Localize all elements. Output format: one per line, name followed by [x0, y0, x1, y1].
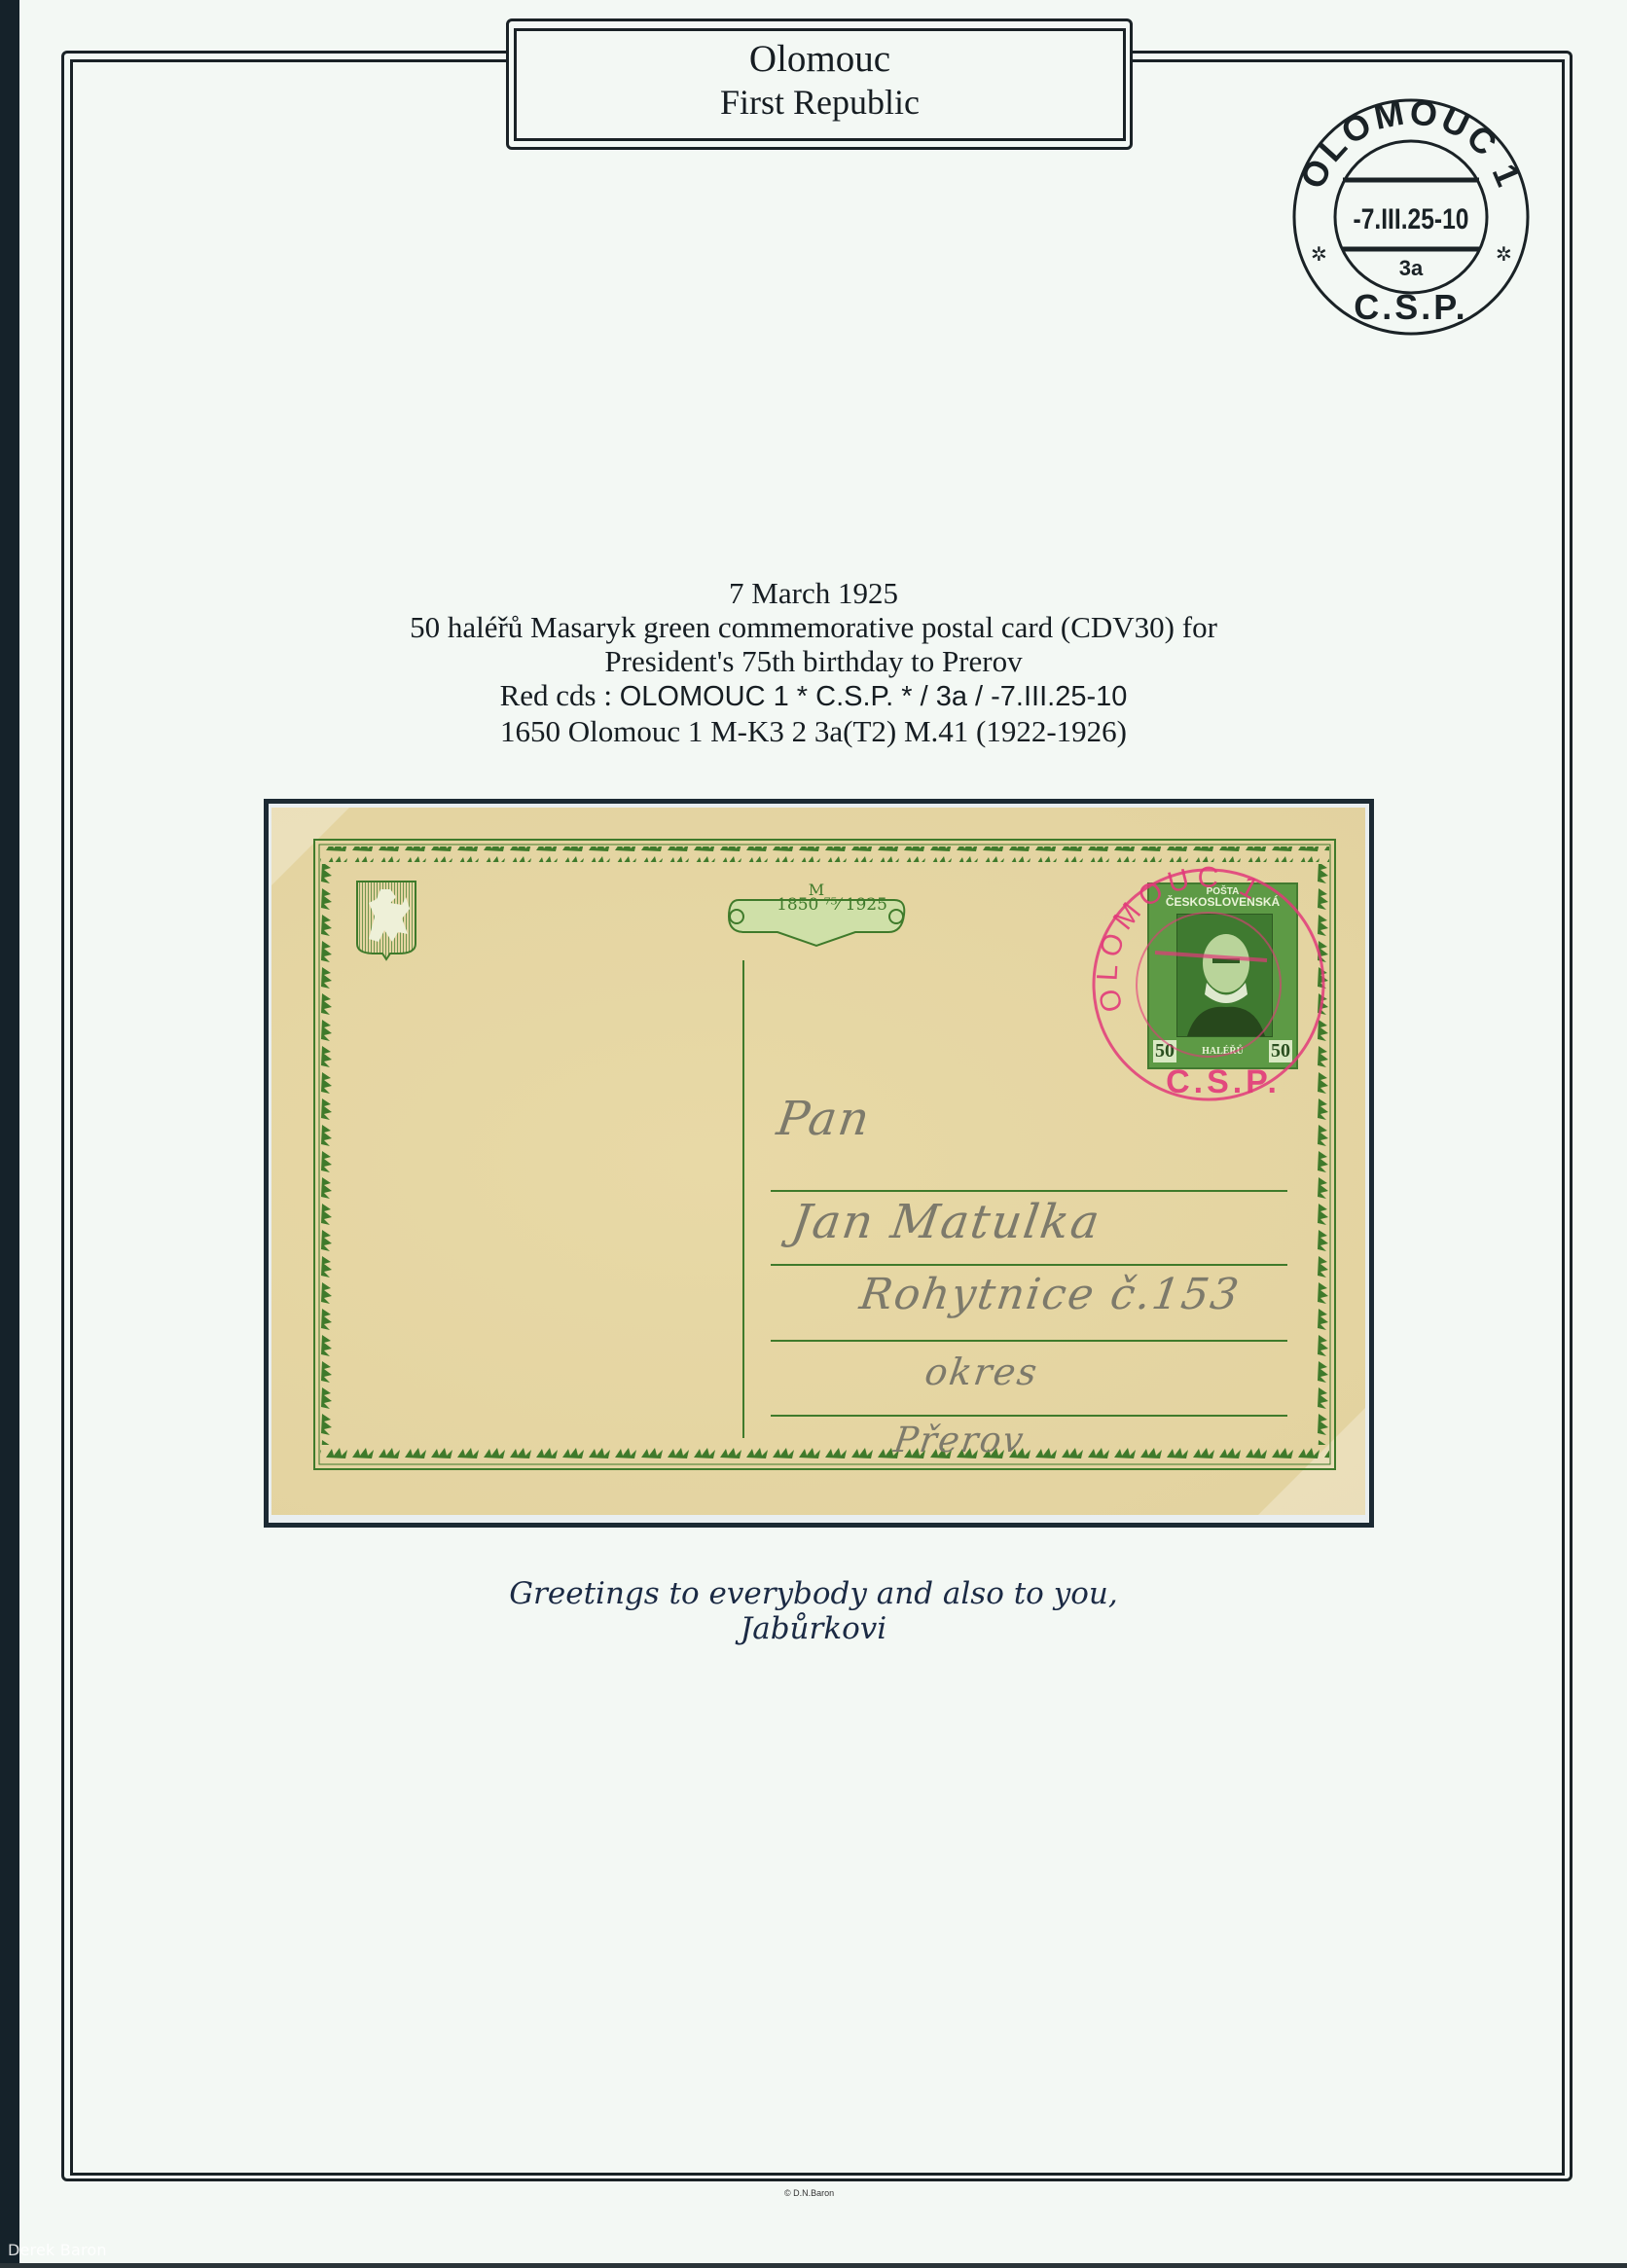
- cds-value: OLOMOUC 1 * C.S.P. * / 3a / -7.III.25-10: [620, 681, 1128, 712]
- address-line-4: okres: [922, 1350, 1041, 1393]
- postmark-bottom-text: C.S.P.: [1354, 287, 1467, 327]
- address-line-1: Pan: [774, 1092, 875, 1146]
- greeting-line-1: Greetings to everybody and also to you,: [292, 1576, 1335, 1611]
- item-description: 7 March 1925 50 haléřů Masaryk green com…: [195, 576, 1432, 748]
- copyright-notice: © D.N.Baron: [784, 2188, 834, 2198]
- address-line-2: Jan Matulka: [788, 1195, 1104, 1249]
- postcard: M 1850 ⁷⁵⁄ 1925 POŠTA ČESKOSLOVENSKÁ 50 …: [271, 808, 1365, 1515]
- scan-edge: [0, 0, 19, 2268]
- watermark: Derek Baron: [8, 2241, 107, 2259]
- star-icon: ✲: [1311, 244, 1327, 266]
- greeting-signature: Jabůrkovi: [292, 1611, 1335, 1646]
- description-line-2: President's 75th birthday to Prerov: [195, 644, 1432, 678]
- postmark-date: -7.III.25-10: [1354, 202, 1469, 235]
- title-box-inner: Olomouc First Republic: [514, 28, 1126, 141]
- postmark-code: 3a: [1399, 256, 1424, 280]
- banner-years: 1850 ⁷⁵⁄ 1925: [774, 895, 890, 915]
- svg-text:OLOMOUC 1: OLOMOUC 1: [1092, 863, 1269, 1015]
- description-date: 7 March 1925: [195, 576, 1432, 610]
- postmark-illustration: OLOMOUC 1 -7.III.25-10 3a C.S.P. ✲ ✲: [1289, 95, 1533, 339]
- page-subtitle: First Republic: [517, 82, 1123, 123]
- greeting-text: Greetings to everybody and also to you, …: [292, 1576, 1335, 1646]
- page-title: Olomouc: [517, 39, 1123, 80]
- coat-of-arms-icon: [357, 882, 416, 959]
- address-line-5: Přerov: [891, 1421, 1028, 1460]
- address-line-3: Rohytnice č.153: [856, 1270, 1243, 1319]
- description-line-1: 50 haléřů Masaryk green commemorative po…: [195, 610, 1432, 644]
- svg-text:C.S.P.: C.S.P.: [1166, 1063, 1281, 1100]
- star-icon: ✲: [1496, 244, 1512, 266]
- cds-label: Red cds :: [500, 678, 620, 712]
- description-line-4: 1650 Olomouc 1 M-K3 2 3a(T2) M.41 (1922-…: [195, 714, 1432, 748]
- scan-edge-bottom: [0, 2263, 1627, 2268]
- red-cancellation: OLOMOUC 1 C.S.P.: [1087, 863, 1330, 1106]
- description-cds: Red cds : OLOMOUC 1 * C.S.P. * / 3a / -7…: [195, 678, 1432, 714]
